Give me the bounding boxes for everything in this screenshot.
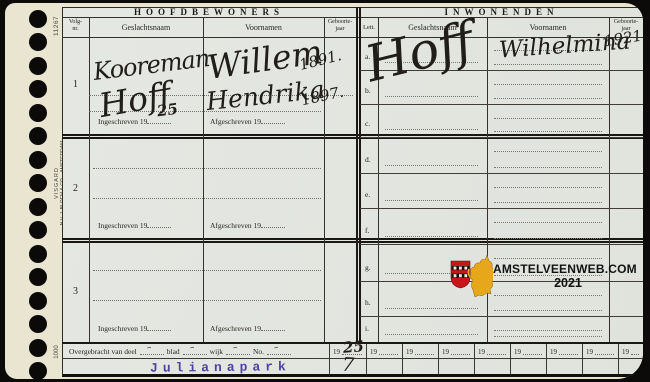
- address-row: Julianapark 7: [62, 359, 643, 374]
- no-label: No.: [253, 347, 264, 356]
- col-geboortejaar-line1: Geboorte-: [324, 19, 356, 26]
- col-voornamen: Voornamen: [203, 23, 324, 32]
- year-cell: 19: [510, 344, 546, 358]
- hoofdbewoners-title: HOOFDBEWONERS: [62, 7, 356, 17]
- year-prefix: 19: [333, 348, 340, 356]
- year-prefix: 19: [370, 348, 377, 356]
- watermark-site: AMSTELVEENWEB.COM: [493, 262, 637, 276]
- year-cell: 19: [474, 344, 510, 358]
- empty-cell: [618, 359, 643, 374]
- punch-hole: [29, 245, 47, 263]
- empty-cell: [546, 359, 582, 374]
- year-prefix: 19: [622, 348, 629, 356]
- wijk-blank: –: [226, 347, 250, 355]
- row-letter: i.: [365, 324, 369, 333]
- empty-cell: [474, 359, 510, 374]
- ingeschreven-label-3: Ingeschreven 19: [98, 323, 171, 333]
- print-run: 1000: [54, 337, 62, 367]
- address-stamp: Julianapark: [150, 359, 291, 375]
- afgeschreven-text: Afgeschreven 19: [210, 324, 261, 333]
- handwriting-footer-year: 25: [342, 339, 364, 356]
- row-letter: d.: [365, 155, 371, 164]
- punch-hole: [29, 10, 47, 28]
- inwonenden-row-c: c.: [360, 105, 643, 138]
- punch-hole: [29, 33, 47, 51]
- punch-hole: [29, 292, 47, 310]
- year-cell: 19: [546, 344, 582, 358]
- ingeschreven-label-2: Ingeschreven 19: [98, 220, 171, 230]
- year-cell: 19: [402, 344, 438, 358]
- punch-hole: [29, 127, 47, 145]
- afgeschreven-text: Afgeschreven 19: [210, 117, 261, 126]
- entry-line: [93, 197, 321, 199]
- punch-hole: [29, 104, 47, 122]
- blank-mark: –: [189, 343, 195, 354]
- ingeschreven-text: Ingeschreven 19: [98, 324, 147, 333]
- handwriting-ingeschreven-year: 25: [156, 102, 179, 120]
- year-prefix: 19: [586, 348, 593, 356]
- empty-cell: [438, 359, 474, 374]
- punch-hole: [29, 362, 47, 379]
- row-letter: h.: [365, 298, 371, 307]
- inwonenden-row-e: e.: [360, 174, 643, 209]
- inwonenden-row-d: d.: [360, 138, 643, 174]
- amstelveen-coat-of-arms-icon: [449, 253, 493, 299]
- punch-hole: [29, 198, 47, 216]
- register-card: 11267 VISGARD N.V. J. BLOEM & CO. - AMST…: [5, 3, 643, 379]
- afgeschreven-label-2: Afgeschreven 19: [210, 220, 285, 230]
- year-prefix: 19: [550, 348, 557, 356]
- row-letter: f.: [365, 226, 369, 235]
- afgeschreven-label-1: Afgeschreven 19: [210, 116, 285, 126]
- punch-hole: [29, 268, 47, 286]
- col-volgnr-line1: Volg-: [62, 19, 89, 26]
- empty-cell: [510, 359, 546, 374]
- empty-cell: [582, 359, 618, 374]
- year-cell: 19: [438, 344, 474, 358]
- year-prefix: 19: [478, 348, 485, 356]
- year-cell: 19: [618, 344, 643, 358]
- year-cell: 19: [366, 344, 402, 358]
- punch-hole: [29, 339, 47, 357]
- afgeschreven-label-3: Afgeschreven 19: [210, 323, 285, 333]
- row-letter: c.: [365, 119, 370, 128]
- entry-line: [93, 269, 321, 271]
- section-number-1: 1: [62, 79, 89, 90]
- house-number-cell: 7: [329, 359, 366, 374]
- blank-mark: –: [273, 343, 279, 354]
- punch-hole: [29, 315, 47, 333]
- column-rule: [89, 17, 90, 342]
- year-prefix: 19: [442, 348, 449, 356]
- inwonenden-row-i: i.: [360, 317, 643, 342]
- blad-blank: –: [183, 347, 207, 355]
- year-prefix: 19: [514, 348, 521, 356]
- col-lett: Lett.: [360, 23, 378, 32]
- entry-line: [93, 167, 321, 169]
- col-geslachtsnaam: Geslachtsnaam: [89, 23, 203, 32]
- row-letter: b.: [365, 86, 371, 95]
- punch-hole: [29, 80, 47, 98]
- overgebracht-label: Overgebracht van deel: [69, 347, 137, 356]
- col-geboortejaar-line2: jaar: [324, 26, 356, 33]
- row-letter: g.: [365, 263, 371, 272]
- half-divider: [356, 7, 358, 342]
- punch-hole: [29, 151, 47, 169]
- col-volgnr-line2: nr.: [62, 26, 89, 33]
- watermark-year: 2021: [493, 276, 643, 290]
- entry-line: [93, 299, 321, 301]
- year-cell: 19: [582, 344, 618, 358]
- blank-mark: –: [232, 343, 238, 354]
- no-blank: –: [267, 347, 291, 355]
- scanned-register-card-page: 11267 VISGARD N.V. J. BLOEM & CO. - AMST…: [0, 0, 650, 382]
- punch-hole: [29, 57, 47, 75]
- wijk-label: wijk: [210, 347, 223, 356]
- blad-label: blad: [167, 347, 180, 356]
- inwonenden-title: INWONENDEN: [360, 7, 643, 17]
- punch-hole: [29, 174, 47, 192]
- handwriting-house-number: 7: [341, 356, 354, 376]
- row-letter: e.: [365, 190, 370, 199]
- empty-cell: [402, 359, 438, 374]
- section-number-2: 2: [62, 183, 89, 194]
- empty-cell: [366, 359, 402, 374]
- watermark: AMSTELVEENWEB.COM 2021: [449, 253, 643, 299]
- section-number-3: 3: [62, 286, 89, 297]
- col-geboortejaar-inw-line1: Geboorte-: [609, 19, 643, 26]
- ingeschreven-text: Ingeschreven 19: [98, 221, 147, 230]
- inwonenden-row-f: f.: [360, 209, 643, 245]
- blank-mark: –: [146, 343, 152, 354]
- year-prefix: 19: [406, 348, 413, 356]
- punch-hole: [29, 221, 47, 239]
- afgeschreven-text: Afgeschreven 19: [210, 221, 261, 230]
- deel-blank: –: [140, 347, 164, 355]
